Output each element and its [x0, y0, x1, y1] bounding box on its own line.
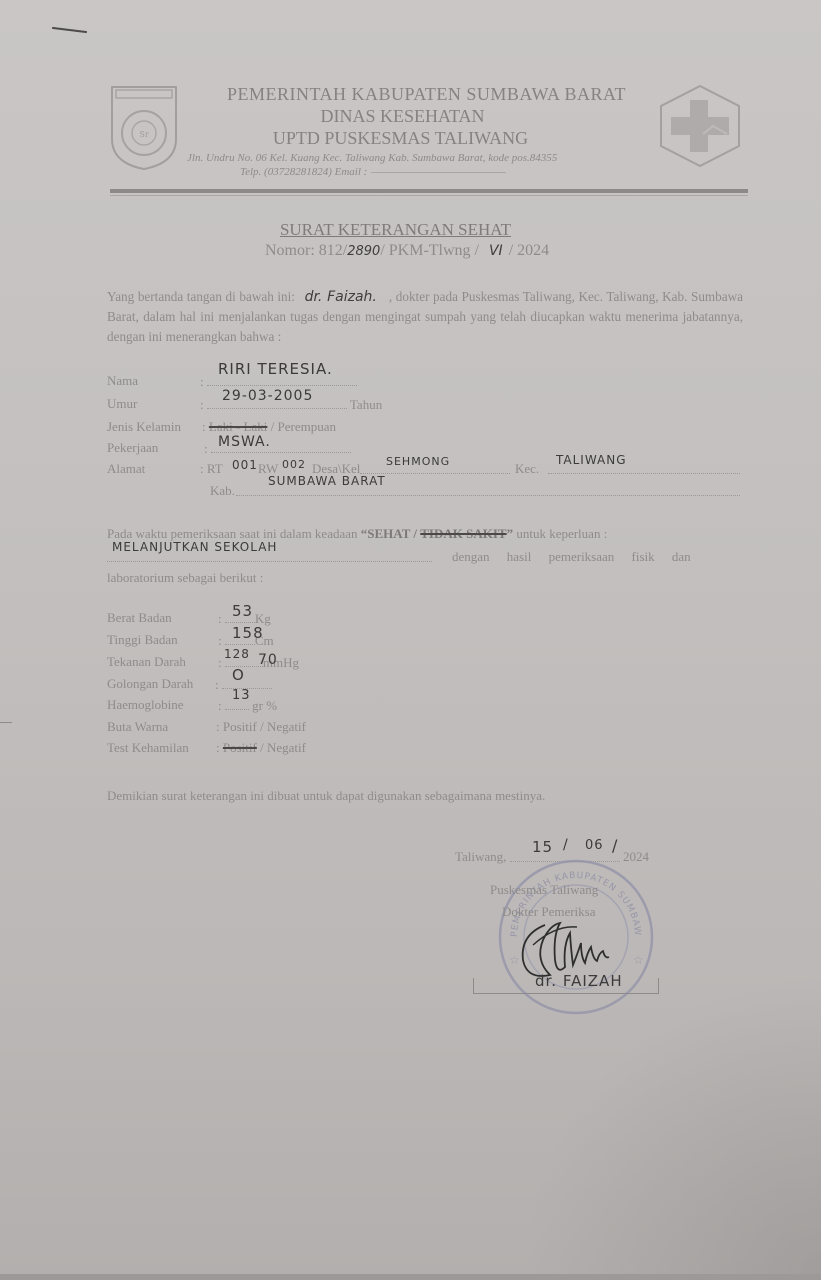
pekerjaan-value: MSWA.: [218, 434, 271, 450]
month-handwritten: VI: [489, 243, 503, 259]
rw-value: 002: [282, 458, 306, 471]
golongan-value: O: [232, 666, 245, 684]
doctor-name-handwritten: dr. Faizah.: [305, 289, 377, 305]
date-month: 06: [585, 838, 604, 853]
letterhead-line-2: DINAS KESEHATAN: [0, 106, 813, 127]
closing-statement: Demikian surat keterangan ini dibuat unt…: [107, 788, 545, 804]
document-title: SURAT KETERANGAN SEHAT: [0, 220, 806, 240]
letterhead-address: Jln. Undru No. 06 Kel. Kuang Kec. Taliwa…: [187, 152, 557, 164]
letterhead-line-3: UPTD PUSKESMAS TALIWANG: [0, 128, 811, 149]
tekanan-systolic: 128: [224, 647, 250, 661]
desa-value: SEHMONG: [386, 455, 450, 468]
document-number: Nomor: 812/2890/ PKM-Tlwng / VI/ 2024: [265, 242, 549, 260]
jk-selected: Perempuan: [277, 419, 335, 434]
paper-bottom-edge: [0, 1274, 821, 1280]
kec-value: TALIWANG: [556, 453, 627, 467]
hamil-struck: Positif: [223, 740, 257, 755]
rt-value: 001: [232, 458, 258, 472]
umur-value: 29-03-2005: [222, 388, 313, 404]
exam-kehamilan: Test Kehamilan : Positif / Negatif: [0, 740, 400, 760]
kab-value: SUMBAWA BARAT: [268, 474, 386, 488]
svg-text:☆: ☆: [633, 953, 644, 967]
field-nama: Nama : RIRI TERESIA.: [0, 373, 821, 393]
keperluan-value: MELANJUTKAN SEKOLAH: [112, 540, 277, 554]
date-day: 15: [532, 838, 553, 856]
letterhead-telp: Telp. (03728281824) Email :: [240, 166, 367, 178]
nama-value: RIRI TERESIA.: [218, 360, 333, 378]
letterhead-rule: [110, 189, 748, 193]
exam-hb: Haemoglobine : gr % 13: [0, 697, 400, 717]
field-umur: Umur : Tahun 29-03-2005: [0, 396, 821, 416]
field-kabupaten: Kab. SUMBAWA BARAT: [0, 483, 821, 503]
exam-tekanan: Tekanan Darah : mmHg 128 70: [0, 654, 400, 674]
letterhead-rule-thin: [110, 195, 748, 196]
tinggi-value: 158: [232, 624, 264, 642]
exam-golongan: Golongan Darah : O: [0, 676, 400, 696]
paper-shadow: [521, 975, 821, 1275]
purpose-line-3: laboratorium sebagai berikut :: [107, 570, 263, 586]
letterhead-contact: Telp. (03728281824) Email :: [240, 166, 506, 178]
place-date: Taliwang, 15 / 06 / 2024: [0, 849, 821, 869]
purpose-line-2: MELANJUTKAN SEKOLAH dengan hasil pemerik…: [0, 549, 821, 569]
pen-mark: [52, 27, 87, 33]
signatory-org: Puskesmas Taliwang: [490, 882, 598, 898]
intro-paragraph: Yang bertanda tangan di bawah ini: dr. F…: [107, 287, 743, 347]
hb-value: 13: [232, 688, 251, 703]
tekanan-diastolic: 70: [258, 652, 278, 668]
document-page: Sr PEMERINTAH KABUPATEN SUMBAWA BARAT DI…: [0, 0, 821, 1275]
exam-tinggi: Tinggi Badan : Cm 158: [0, 632, 400, 652]
field-alamat: Alamat : RT 001 RW 002 Desa\Kel SEHMONG …: [0, 461, 821, 481]
letterhead-line-1: PEMERINTAH KABUPATEN SUMBAWA BARAT: [16, 84, 821, 105]
email-link: [371, 171, 506, 173]
exam-berat: Berat Badan : Kg 53: [0, 610, 400, 630]
date-slash-1: /: [563, 837, 571, 853]
date-slash-2: /: [612, 836, 618, 855]
field-jenis-kelamin: Jenis Kelamin : Laki - Laki / Perempuan: [0, 419, 821, 439]
jk-struck: Laki - Laki: [209, 419, 267, 434]
berat-value: 53: [232, 602, 253, 620]
tidak-sakit-struck: TIDAK SAKIT: [420, 526, 506, 541]
number-handwritten: 2890: [347, 244, 380, 259]
exam-buta-warna: Buta Warna : Positif / Negatif: [0, 719, 400, 739]
